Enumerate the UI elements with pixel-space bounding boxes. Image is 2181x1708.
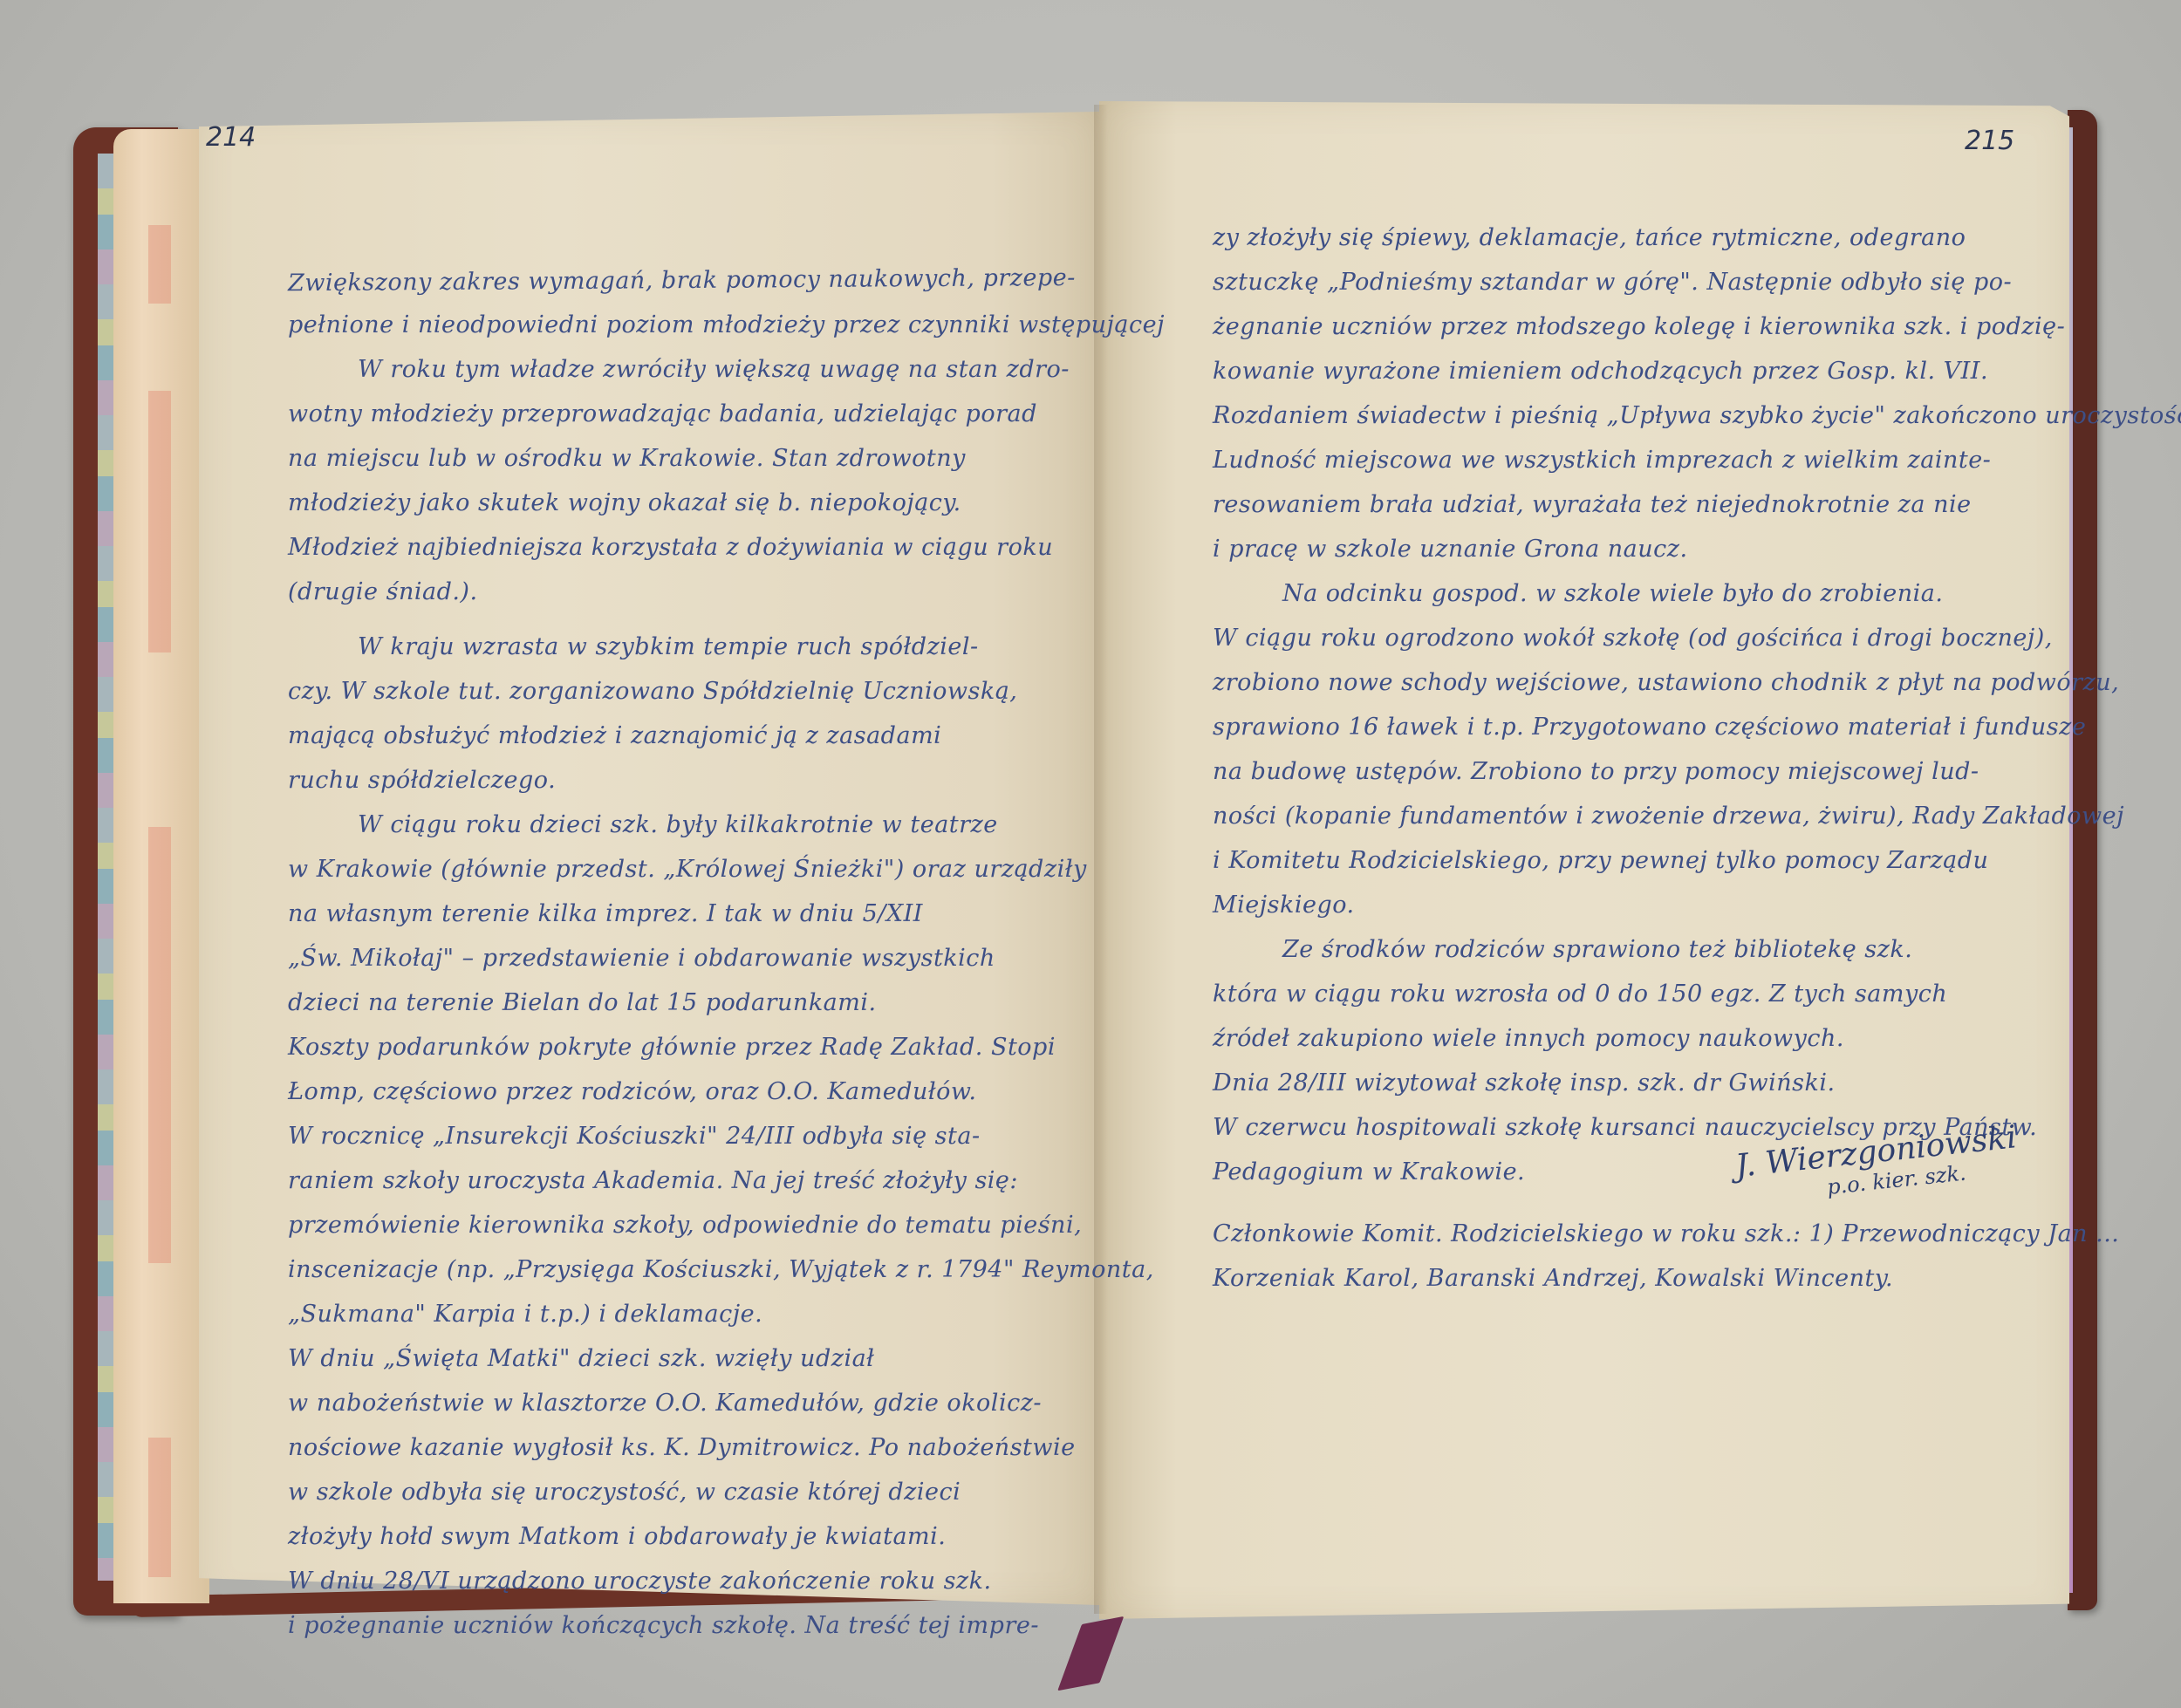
text-line: „Sukmana" Karpia i t.p.) i deklamacje. (288, 1292, 1090, 1336)
text-line: W ciągu roku ogrodzono wokół szkołę (od … (1213, 616, 2050, 660)
text-line: kowanie wyrażone imieniem odchodzących p… (1213, 349, 2050, 393)
text-line: W dniu 28/VI urządzono uroczyste zakończ… (288, 1559, 1090, 1603)
text-line: źródeł zakupiono wiele innych pomocy nau… (1213, 1016, 2050, 1061)
text-line: Miejskiego. (1213, 883, 2050, 927)
text-line: młodzieży jako skutek wojny okazał się b… (288, 481, 1090, 525)
text-line: ruchu spółdzielczego. (288, 758, 1090, 803)
stain (148, 1438, 171, 1577)
stain (148, 827, 171, 1263)
text-line: na własnym terenie kilka imprez. I tak w… (288, 892, 1090, 936)
text-line: resowaniem brała udział, wyrażała też ni… (1213, 482, 2050, 527)
page-stack-left (113, 129, 209, 1603)
text-line: Korzeniak Karol, Baranski Andrzej, Kowal… (1213, 1256, 2050, 1301)
text-line: i pożegnanie uczniów kończących szkołę. … (288, 1603, 1090, 1648)
text-line: W rocznicę „Insurekcji Kościuszki" 24/II… (288, 1114, 1090, 1158)
text-line: sprawiono 16 ławek i t.p. Przygotowano c… (1213, 705, 2050, 749)
text-line: dzieci na terenie Bielan do lat 15 podar… (288, 980, 1090, 1025)
text-line: Łomp, częściowo przez rodziców, oraz O.O… (288, 1069, 1090, 1114)
text-line: W dniu „Święta Matki" dzieci szk. wzięły… (288, 1336, 1090, 1381)
text-line: W ciągu roku dzieci szk. były kilkakrotn… (288, 803, 1090, 847)
text-line: Zwiększony zakres wymagań, brak pomocy n… (288, 256, 1090, 305)
text-line: Ze środków rodziców sprawiono też biblio… (1213, 927, 2050, 972)
text-line: i pracę w szkole uznanie Grona naucz. (1213, 527, 2050, 571)
book-cover-right (2068, 110, 2097, 1610)
left-page-text: Zwiększony zakres wymagań, brak pomocy n… (288, 258, 1090, 1648)
text-line: W roku tym władze zwróciły większą uwagę… (288, 347, 1090, 392)
text-line: Dnia 28/III wizytował szkołę insp. szk. … (1213, 1061, 2050, 1105)
text-line: która w ciągu roku wzrosła od 0 do 150 e… (1213, 972, 2050, 1016)
text-line: pełnione i nieodpowiedni poziom młodzież… (288, 303, 1090, 347)
text-line: czy. W szkole tut. zorganizowano Spółdzi… (288, 669, 1090, 714)
text-line: i Komitetu Rodzicielskiego, przy pewnej … (1213, 838, 2050, 883)
text-line: Na odcinku gospod. w szkole wiele było d… (1213, 571, 2050, 616)
stain (148, 391, 171, 652)
text-line: Ludność miejscowa we wszystkich imprezac… (1213, 438, 2050, 482)
text-line: wotny młodzieży przeprowadzając badania,… (288, 392, 1090, 436)
text-line: raniem szkoły uroczysta Akademia. Na jej… (288, 1158, 1090, 1203)
text-line: sztuczkę „Podnieśmy sztandar w górę". Na… (1213, 260, 2050, 304)
text-line: Rozdaniem świadectw i pieśnią „Upływa sz… (1213, 393, 2050, 438)
text-line: ności (kopanie fundamentów i zwożenie dr… (1213, 794, 2050, 838)
page-number-right: 215 (1965, 126, 2014, 156)
text-line: na miejscu lub w ośrodku w Krakowie. Sta… (288, 436, 1090, 481)
stain (148, 225, 171, 304)
text-line: nościowe kazanie wygłosił ks. K. Dymitro… (288, 1425, 1090, 1470)
text-line: Młodzież najbiedniejsza korzystała z doż… (288, 525, 1090, 570)
text-line: zrobiono nowe schody wejściowe, ustawion… (1213, 660, 2050, 705)
text-line: w nabożeństwie w klasztorze O.O. Kameduł… (288, 1381, 1090, 1425)
text-line: Koszty podarunków pokryte głównie przez … (288, 1025, 1090, 1069)
text-line: (drugie śniad.). (288, 570, 1090, 614)
text-line: zy złożyły się śpiewy, deklamacje, tańce… (1213, 215, 2050, 260)
text-line: na budowę ustępów. Zrobiono to przy pomo… (1213, 749, 2050, 794)
text-line: w szkole odbyła się uroczystość, w czasi… (288, 1470, 1090, 1514)
text-line: inscenizacje (np. „Przysięga Kościuszki,… (288, 1247, 1090, 1292)
text-line: mającą obsłużyć młodzież i zaznajomić ją… (288, 714, 1090, 758)
text-line: W kraju wzrasta w szybkim tempie ruch sp… (288, 625, 1090, 669)
text-line: złożyły hołd swym Matkom i obdarowały je… (288, 1514, 1090, 1559)
text-line: w Krakowie (głównie przedst. „Królowej Ś… (288, 847, 1090, 892)
text-line: przemówienie kierownika szkoły, odpowied… (288, 1203, 1090, 1247)
text-line: Członkowie Komit. Rodzicielskiego w roku… (1213, 1212, 2050, 1256)
page-number-left: 214 (206, 122, 256, 153)
text-line: „Św. Mikołaj" – przedstawienie i obdarow… (288, 936, 1090, 980)
text-line: żegnanie uczniów przez młodszego kolegę … (1213, 304, 2050, 349)
